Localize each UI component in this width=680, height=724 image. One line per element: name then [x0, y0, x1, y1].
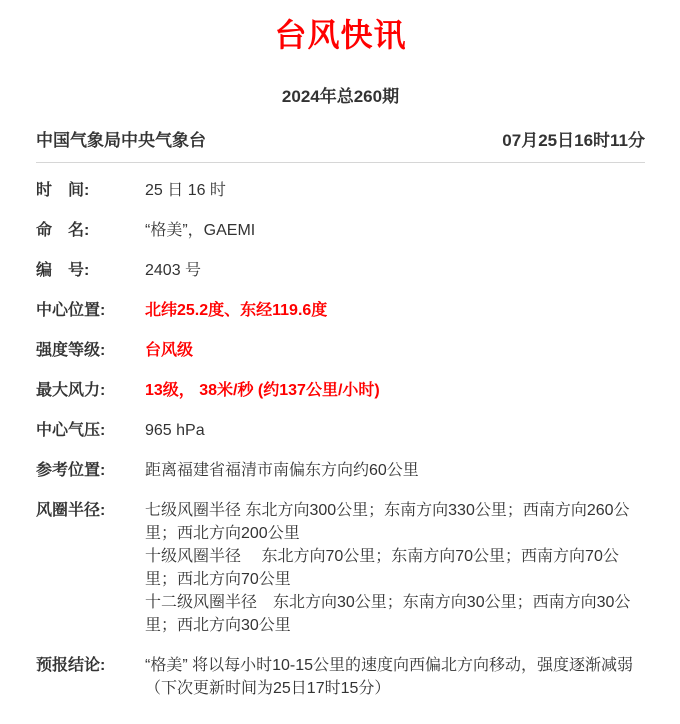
typhoon-bulletin-page: 台风快讯 2024年总260期 中国气象局中央气象台 07月25日16时11分 …: [0, 0, 680, 724]
agency-header: 中国气象局中央气象台 07月25日16时11分: [36, 130, 645, 163]
field-value-reference-position: 距离福建省福清市南偏东方向约60公里: [145, 459, 645, 482]
field-row-pressure: 中心气压: 965 hPa: [36, 419, 645, 442]
field-label-name: 命 名:: [36, 219, 145, 242]
field-row-center-position: 中心位置: 北纬25.2度、东经119.6度: [36, 299, 645, 322]
field-row-number: 编 号: 2403 号: [36, 259, 645, 282]
bulletin-fields: 时 间: 25 日 16 时 命 名: “格美”，GAEMI 编 号: 2403…: [36, 163, 645, 700]
field-row-intensity: 强度等级: 台风级: [36, 339, 645, 362]
field-label-reference-position: 参考位置:: [36, 459, 145, 482]
field-label-number: 编 号:: [36, 259, 145, 282]
field-label-wind-circle: 风圈半径:: [36, 499, 145, 522]
page-title: 台风快讯: [36, 16, 645, 54]
forecast-conclusion: “格美” 将以每小时10-15公里的速度向西偏北方向移动，强度逐渐减弱: [145, 654, 645, 677]
field-value-name: “格美”，GAEMI: [145, 219, 645, 242]
field-label-forecast: 预报结论:: [36, 654, 145, 677]
field-label-max-wind: 最大风力:: [36, 379, 145, 402]
field-label-time: 时 间:: [36, 179, 145, 202]
field-value-time: 25 日 16 时: [145, 179, 645, 202]
field-value-max-wind: 13级， 38米/秒 (约137公里/小时): [145, 379, 645, 402]
field-row-reference-position: 参考位置: 距离福建省福清市南偏东方向约60公里: [36, 459, 645, 482]
field-value-intensity: 台风级: [145, 339, 645, 362]
field-row-time: 时 间: 25 日 16 时: [36, 179, 645, 202]
field-value-wind-circle: 七级风圈半径 东北方向300公里；东南方向330公里；西南方向260公里；西北方…: [145, 499, 645, 637]
forecast-next-update: （下次更新时间为25日17时15分）: [145, 677, 645, 700]
wind-circle-grade12: 十二级风圈半径 东北方向30公里；东南方向30公里；西南方向30公里；西北方向3…: [145, 591, 645, 637]
wind-circle-grade10: 十级风圈半径 东北方向70公里；东南方向70公里；西南方向70公里；西北方向70…: [145, 545, 645, 591]
field-value-number: 2403 号: [145, 259, 645, 282]
issue-number: 2024年总260期: [36, 86, 645, 108]
field-row-wind-circle: 风圈半径: 七级风圈半径 东北方向300公里；东南方向330公里；西南方向260…: [36, 499, 645, 637]
wind-circle-grade7: 七级风圈半径 东北方向300公里；东南方向330公里；西南方向260公里；西北方…: [145, 499, 645, 545]
publish-time: 07月25日16时11分: [502, 130, 645, 152]
field-value-pressure: 965 hPa: [145, 419, 645, 442]
field-row-forecast: 预报结论: “格美” 将以每小时10-15公里的速度向西偏北方向移动，强度逐渐减…: [36, 654, 645, 700]
agency-name: 中国气象局中央气象台: [36, 130, 206, 152]
field-label-intensity: 强度等级:: [36, 339, 145, 362]
field-value-center-position: 北纬25.2度、东经119.6度: [145, 299, 645, 322]
field-row-max-wind: 最大风力: 13级， 38米/秒 (约137公里/小时): [36, 379, 645, 402]
field-value-forecast: “格美” 将以每小时10-15公里的速度向西偏北方向移动，强度逐渐减弱 （下次更…: [145, 654, 645, 700]
field-row-name: 命 名: “格美”，GAEMI: [36, 219, 645, 242]
field-label-center-position: 中心位置:: [36, 299, 145, 322]
field-label-pressure: 中心气压:: [36, 419, 145, 442]
